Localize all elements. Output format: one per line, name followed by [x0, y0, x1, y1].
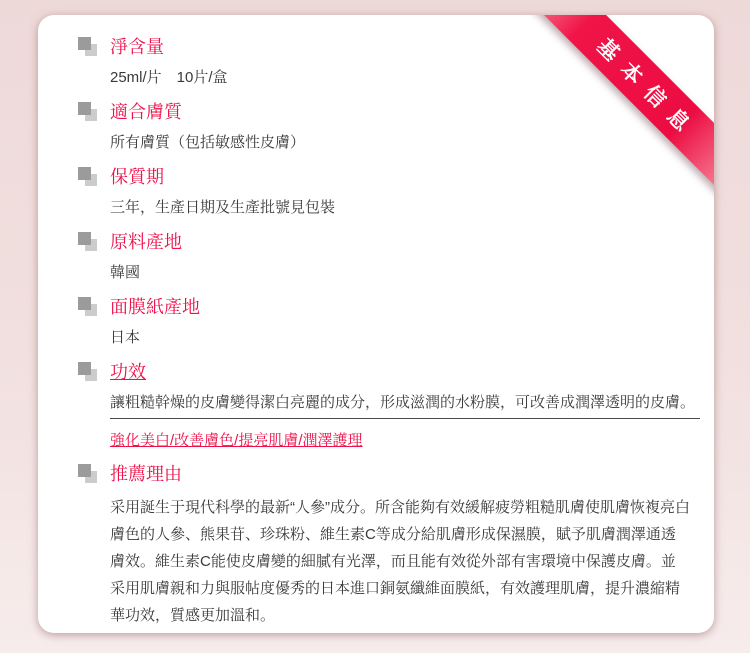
overlapping-squares-icon: [78, 167, 100, 189]
section-title: 保質期: [110, 165, 690, 189]
section-material-origin: 原料產地 韓國: [80, 230, 690, 284]
section-mask-sheet-origin: 面膜紙產地 日本: [80, 295, 690, 349]
overlapping-squares-icon: [78, 464, 100, 486]
overlapping-squares-icon: [78, 297, 100, 319]
section-body: 讓粗糙幹燥的皮膚變得潔白亮麗的成分，形成滋潤的水粉膜，可改善成潤澤透明的皮膚。: [110, 392, 700, 419]
section-shelf-life: 保質期 三年，生產日期及生產批號見包裝: [80, 165, 690, 219]
overlapping-squares-icon: [78, 362, 100, 384]
section-title: 適合膚質: [110, 100, 690, 124]
section-body: 日本: [110, 327, 690, 349]
section-title: 面膜紙產地: [110, 295, 690, 319]
section-body: 三年，生產日期及生產批號見包裝: [110, 197, 690, 219]
section-title: 原料產地: [110, 230, 690, 254]
section-title: 功效: [110, 360, 690, 384]
efficacy-features-link[interactable]: 強化美白/改善膚色/提亮肌膚/潤澤護理: [110, 431, 363, 451]
overlapping-squares-icon: [78, 102, 100, 124]
section-skin-type: 適合膚質 所有膚質（包括敏感性皮膚）: [80, 100, 690, 154]
section-efficacy: 功效 讓粗糙幹燥的皮膚變得潔白亮麗的成分，形成滋潤的水粉膜，可改善成潤澤透明的皮…: [80, 360, 690, 451]
card-content: 淨含量 25ml/片 10片/盒 適合膚質 所有膚質（包括敏感性皮膚） 保質期 …: [80, 35, 690, 633]
page-background: { "ribbon": { "label": "基本信息" }, "colors…: [0, 0, 750, 653]
section-body: 韓國: [110, 262, 690, 284]
overlapping-squares-icon: [78, 37, 100, 59]
section-recommendation: 推薦理由 采用誕生于現代科學的最新“人參”成分。所含能夠有效緩解疲勞粗糙肌膚使肌…: [80, 462, 690, 629]
section-title: 推薦理由: [110, 462, 690, 486]
section-body: 采用誕生于現代科學的最新“人參”成分。所含能夠有效緩解疲勞粗糙肌膚使肌膚恢複亮白…: [110, 494, 690, 629]
section-body: 所有膚質（包括敏感性皮膚）: [110, 132, 690, 154]
overlapping-squares-icon: [78, 232, 100, 254]
product-info-card: 淨含量 25ml/片 10片/盒 適合膚質 所有膚質（包括敏感性皮膚） 保質期 …: [38, 15, 714, 633]
